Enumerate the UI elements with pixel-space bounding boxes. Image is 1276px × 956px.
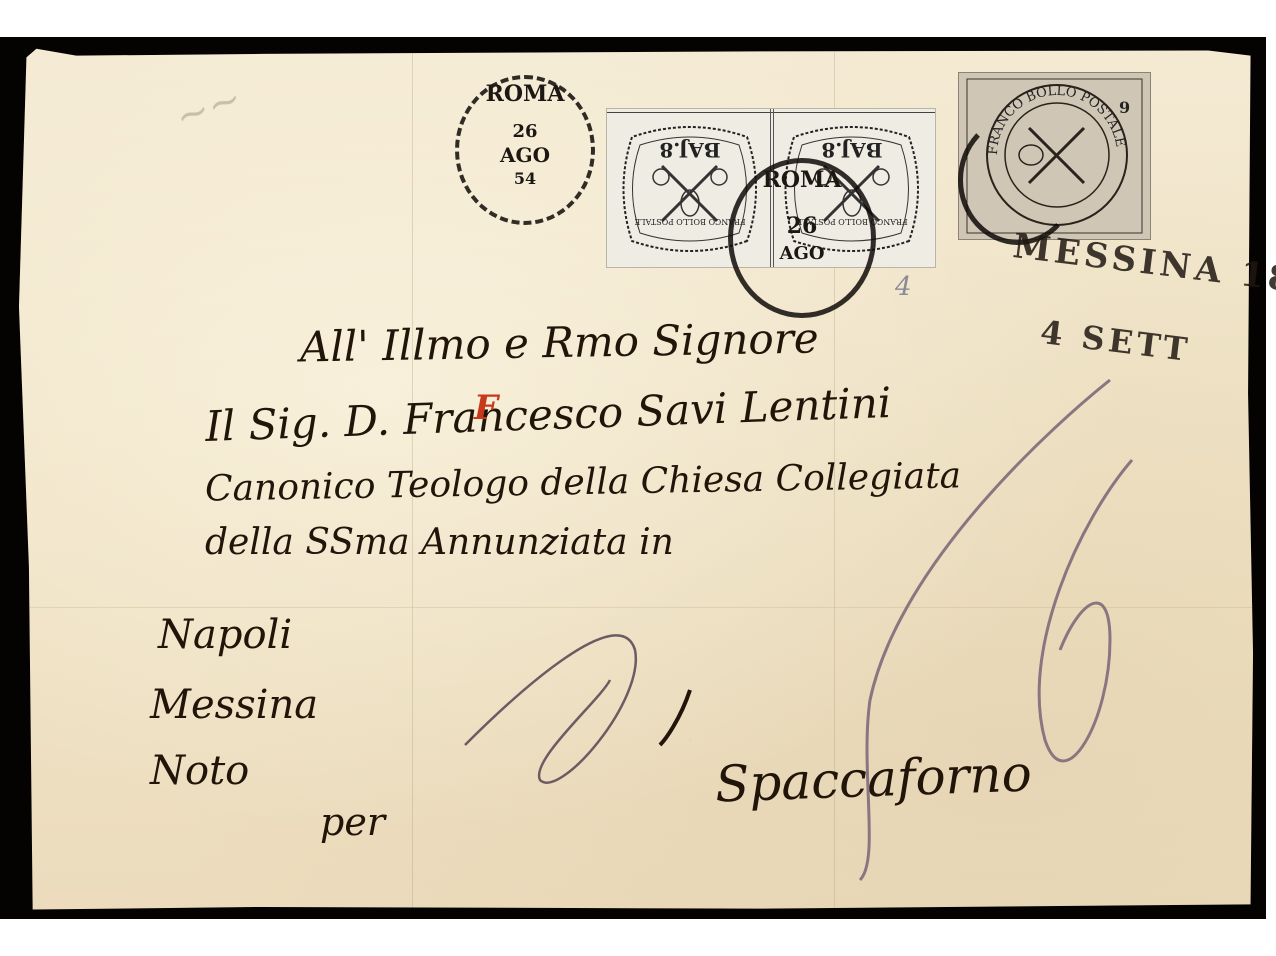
manuscript-strokes: 2 <box>0 0 1276 956</box>
svg-text:2: 2 <box>690 739 691 741</box>
